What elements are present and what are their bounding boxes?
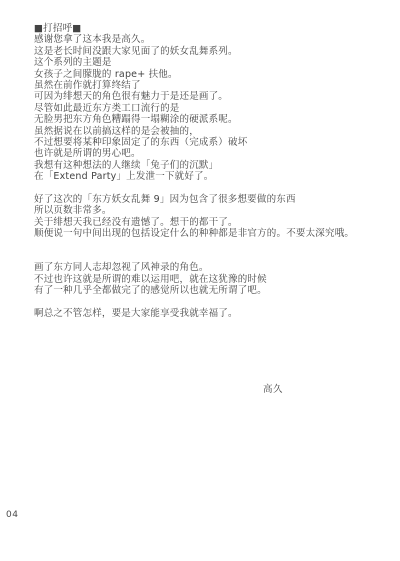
paragraph: 好了这次的「东方妖女乱舞 9」因为包含了很多想要做的东西所以页数非常多。关于绯想… <box>34 194 384 240</box>
text-line: 关于绯想天我已经没有遗憾了。想干的都干了。 <box>34 217 384 228</box>
paragraph: 画了东方同人志却忽视了风神录的角色。不过也许这就是所谓的难以运用吧，就在这犹豫的… <box>34 262 384 296</box>
text-line: 有了一种几乎全都做完了的感觉所以也就无所谓了吧。 <box>34 285 384 296</box>
text-line: 我想有这种想法的人继续「兔子们的沉默」 <box>34 160 384 171</box>
paragraph: 啊总之不管怎样，要是大家能享受我就幸福了。 <box>34 308 384 319</box>
text-line: 画了东方同人志却忽视了风神录的角色。 <box>34 262 384 273</box>
text-line: 顺便说一句中间出现的包括设定什么的种种都是非官方的。不要太深究哦。 <box>34 228 384 239</box>
paragraph: 感谢您拿了这本我是高久。这是老长时间没跟大家见面了的妖女乱舞系列。这个系列的主题… <box>34 34 384 182</box>
page-number: 04 <box>6 510 18 521</box>
text-line: 这是老长时间没跟大家见面了的妖女乱舞系列。 <box>34 46 384 57</box>
afterword-page: ■打招呼■ 感谢您拿了这本我是高久。这是老长时间没跟大家见面了的妖女乱舞系列。这… <box>0 0 400 561</box>
text-line: 虽然据说在以前搞这样的是会被抽的， <box>34 126 384 137</box>
author-signature: 高久 <box>263 384 283 395</box>
text-line: 可因为绯想天的角色很有魅力于是还是画了。 <box>34 91 384 102</box>
text-line: 这个系列的主题是 <box>34 57 384 68</box>
text-line: 不过也许这就是所谓的难以运用吧，就在这犹豫的时候 <box>34 274 384 285</box>
text-line: 感谢您拿了这本我是高久。 <box>34 34 384 45</box>
paragraphs-container: 感谢您拿了这本我是高久。这是老长时间没跟大家见面了的妖女乱舞系列。这个系列的主题… <box>34 34 384 319</box>
text-line: 虽然在前作就打算终结了 <box>34 80 384 91</box>
text-line: 啊总之不管怎样，要是大家能享受我就幸福了。 <box>34 308 384 319</box>
text-line: 在「Extend Party」上发泄一下就好了。 <box>34 171 384 182</box>
text-line: 好了这次的「东方妖女乱舞 9」因为包含了很多想要做的东西 <box>34 194 384 205</box>
text-line: 女孩子之间朦胧的 rape+ 扶他。 <box>34 69 384 80</box>
section-heading: ■打招呼■ <box>34 23 384 34</box>
afterword-text: ■打招呼■ 感谢您拿了这本我是高久。这是老长时间没跟大家见面了的妖女乱舞系列。这… <box>34 23 384 319</box>
text-line: 无脸男把东方角色糟蹋得一塌糊涂的硬派系呢。 <box>34 114 384 125</box>
text-line: 不过想要将某种印象固定了的东西（完成系）破坏 <box>34 137 384 148</box>
text-line: 所以页数非常多。 <box>34 205 384 216</box>
text-line: 也许就是所谓的男心吧。 <box>34 148 384 159</box>
text-line: 尽管如此最近东方类工口流行的是 <box>34 103 384 114</box>
